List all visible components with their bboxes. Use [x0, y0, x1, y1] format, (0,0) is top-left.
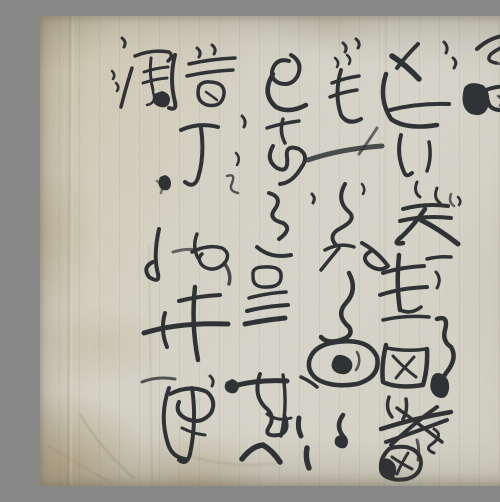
- calligraphy-artwork: [40, 16, 500, 486]
- brush-stroke: [306, 448, 309, 468]
- brush-stroke: [398, 255, 400, 310]
- brush-stroke: [417, 440, 419, 460]
- brush-stroke: [298, 418, 301, 436]
- brush-stroke: [463, 83, 490, 115]
- calligraphy-photo: Photograph of a Japanese haiku manuscrip…: [40, 16, 500, 486]
